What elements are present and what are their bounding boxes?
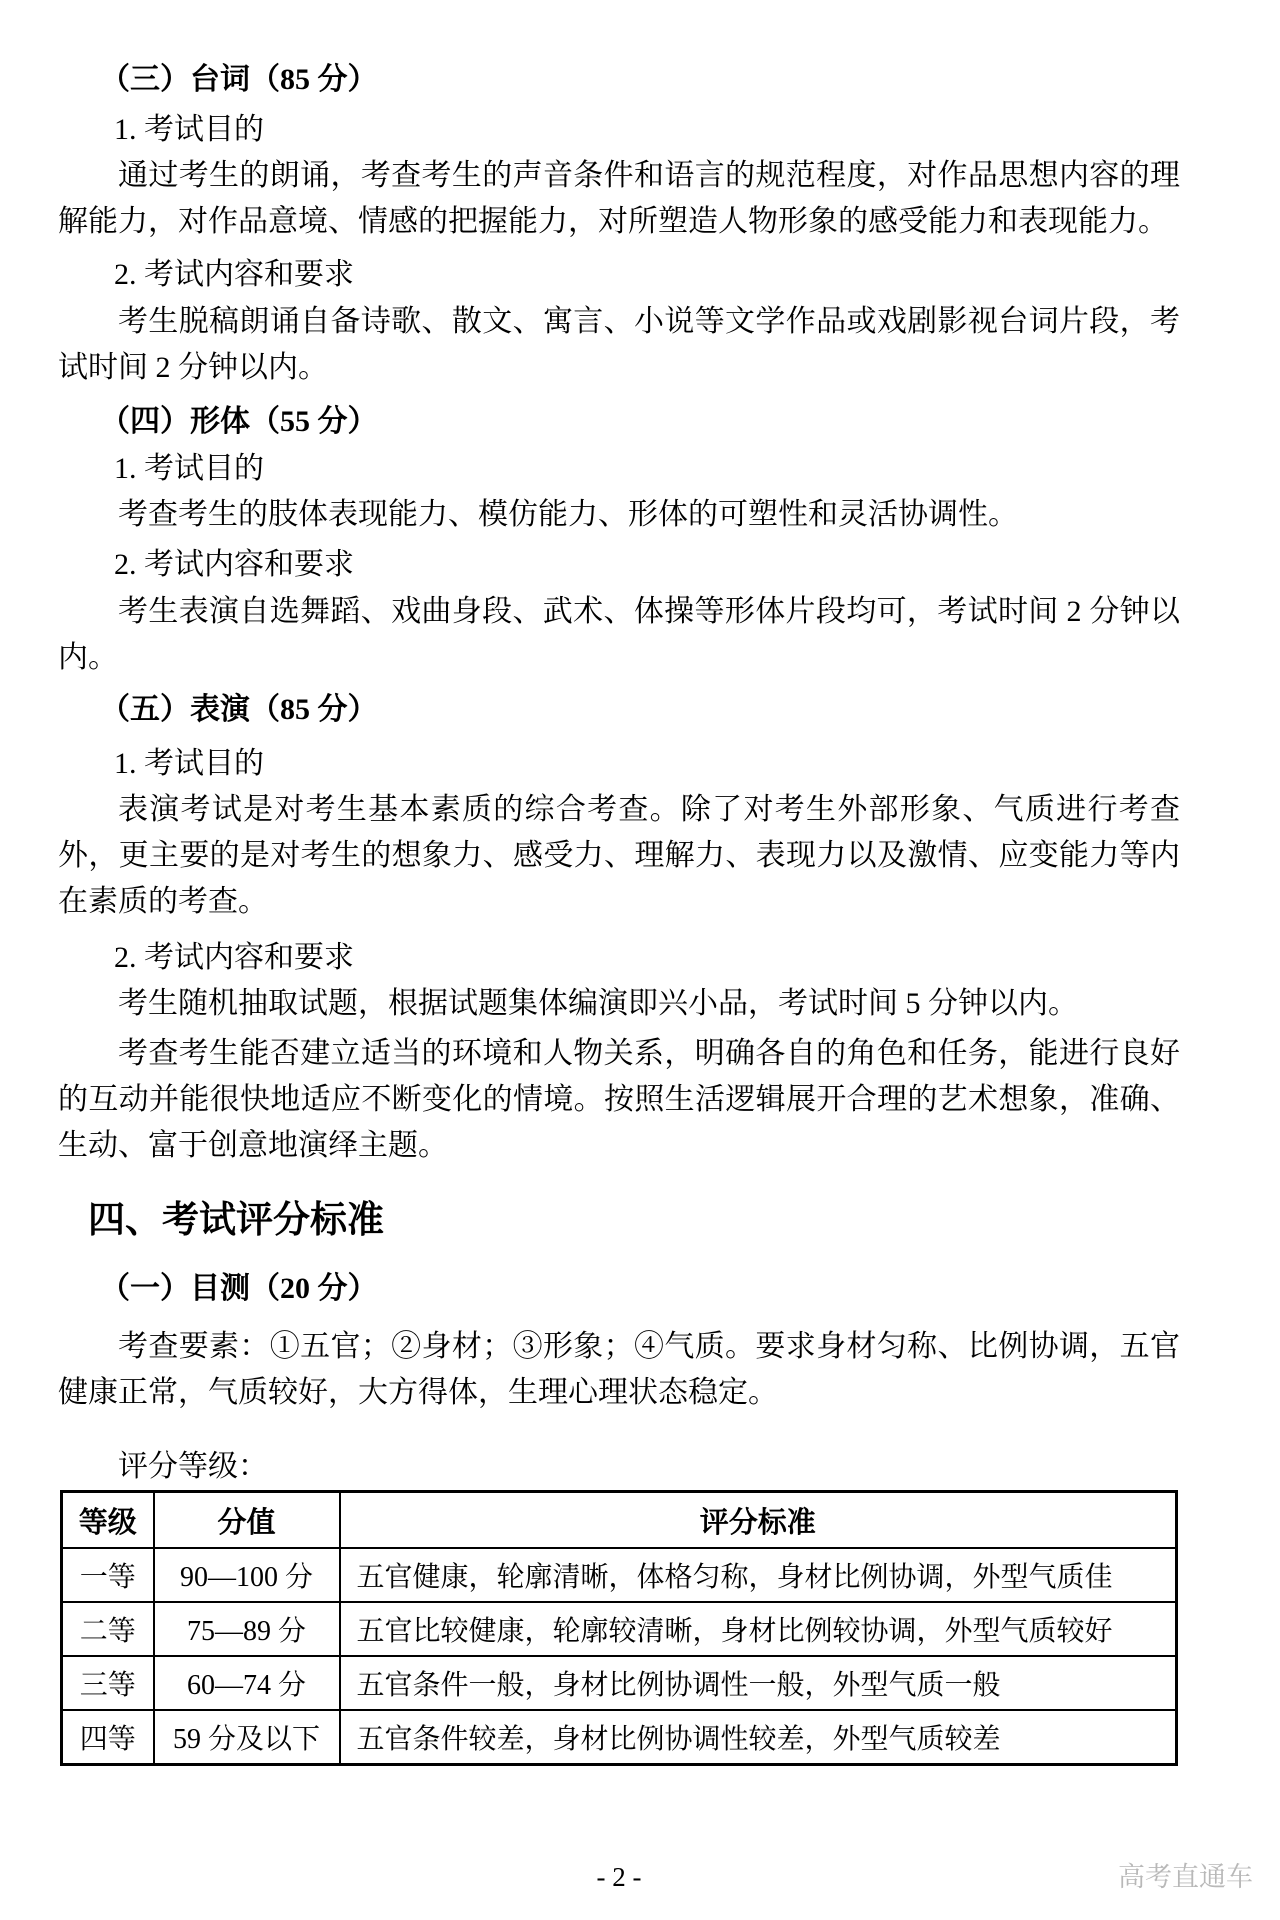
grade-cell: 三等 — [62, 1656, 154, 1710]
table-row: 二等 75—89 分 五官比较健康，轮廓较清晰，身材比例较协调，外型气质较好 — [62, 1602, 1177, 1656]
table-header-criteria: 评分标准 — [340, 1492, 1177, 1549]
score-cell: 75—89 分 — [154, 1602, 340, 1656]
paragraph: 考查要素：①五官；②身材；③形象；④气质。要求身材匀称、比例协调，五官健康正常，… — [58, 1324, 1180, 1416]
score-cell: 90—100 分 — [154, 1548, 340, 1602]
criteria-cell: 五官健康，轮廓清晰，体格匀称，身材比例协调，外型气质佳 — [340, 1548, 1177, 1602]
paragraph: 考生表演自选舞蹈、戏曲身段、武术、体操等形体片段均可，考试时间 2 分钟以内。 — [58, 589, 1180, 681]
exam-purpose-label: 1. 考试目的 — [58, 741, 1180, 787]
document-page: （三）台词（85 分） 1. 考试目的 通过考生的朗诵，考查考生的声音条件和语言… — [0, 0, 1280, 1920]
criteria-cell: 五官条件较差，身材比例协调性较差，外型气质较差 — [340, 1710, 1177, 1765]
exam-purpose-label: 1. 考试目的 — [58, 446, 1180, 492]
paragraph: 考生脱稿朗诵自备诗歌、散文、寓言、小说等文学作品或戏剧影视台词片段，考试时间 2… — [58, 299, 1180, 391]
criteria-cell: 五官比较健康，轮廓较清晰，身材比例较协调，外型气质较好 — [340, 1602, 1177, 1656]
grade-cell: 一等 — [62, 1548, 154, 1602]
table-row: 四等 59 分及以下 五官条件较差，身材比例协调性较差，外型气质较差 — [62, 1710, 1177, 1765]
score-cell: 60—74 分 — [154, 1656, 340, 1710]
section-heading-physique: （四）形体（55 分） — [58, 399, 1180, 445]
table-header-row: 等级 分值 评分标准 — [62, 1492, 1177, 1549]
table-row: 一等 90—100 分 五官健康，轮廓清晰，体格匀称，身材比例协调，外型气质佳 — [62, 1548, 1177, 1602]
chapter-heading-scoring: 四、考试评分标准 — [58, 1194, 1180, 1246]
paragraph: 考生随机抽取试题，根据试题集体编演即兴小品，考试时间 5 分钟以内。 — [58, 981, 1180, 1027]
table-header-grade: 等级 — [62, 1492, 154, 1549]
watermark: 高考直通车 — [1118, 1862, 1253, 1892]
grade-cell: 四等 — [62, 1710, 154, 1765]
table-header-score: 分值 — [154, 1492, 340, 1549]
section-heading-performance: （五）表演（85 分） — [58, 687, 1180, 733]
paragraph: 通过考生的朗诵，考查考生的声音条件和语言的规范程度，对作品思想内容的理解能力，对… — [58, 153, 1180, 245]
page-number: - 2 - — [58, 1862, 1180, 1892]
exam-content-label: 2. 考试内容和要求 — [58, 252, 1180, 298]
grades-label: 评分等级： — [58, 1444, 1180, 1490]
exam-purpose-label: 1. 考试目的 — [58, 107, 1180, 153]
document-content: （三）台词（85 分） 1. 考试目的 通过考生的朗诵，考查考生的声音条件和语言… — [58, 0, 1180, 1766]
paragraph: 表演考试是对考生基本素质的综合考查。除了对考生外部形象、气质进行考查外，更主要的… — [58, 787, 1180, 925]
table-row: 三等 60—74 分 五官条件一般，身材比例协调性一般，外型气质一般 — [62, 1656, 1177, 1710]
paragraph: 考查考生能否建立适当的环境和人物关系，明确各自的角色和任务，能进行良好的互动并能… — [58, 1031, 1180, 1169]
criteria-cell: 五官条件一般，身材比例协调性一般，外型气质一般 — [340, 1656, 1177, 1710]
grade-cell: 二等 — [62, 1602, 154, 1656]
section-heading-lines: （三）台词（85 分） — [58, 57, 1180, 103]
section-heading-visual-check: （一）目测（20 分） — [58, 1266, 1180, 1312]
score-cell: 59 分及以下 — [154, 1710, 340, 1765]
exam-content-label: 2. 考试内容和要求 — [58, 542, 1180, 588]
exam-content-label: 2. 考试内容和要求 — [58, 935, 1180, 981]
paragraph: 考查考生的肢体表现能力、模仿能力、形体的可塑性和灵活协调性。 — [58, 492, 1180, 538]
grade-table: 等级 分值 评分标准 一等 90—100 分 五官健康，轮廓清晰，体格匀称，身材… — [60, 1490, 1178, 1766]
